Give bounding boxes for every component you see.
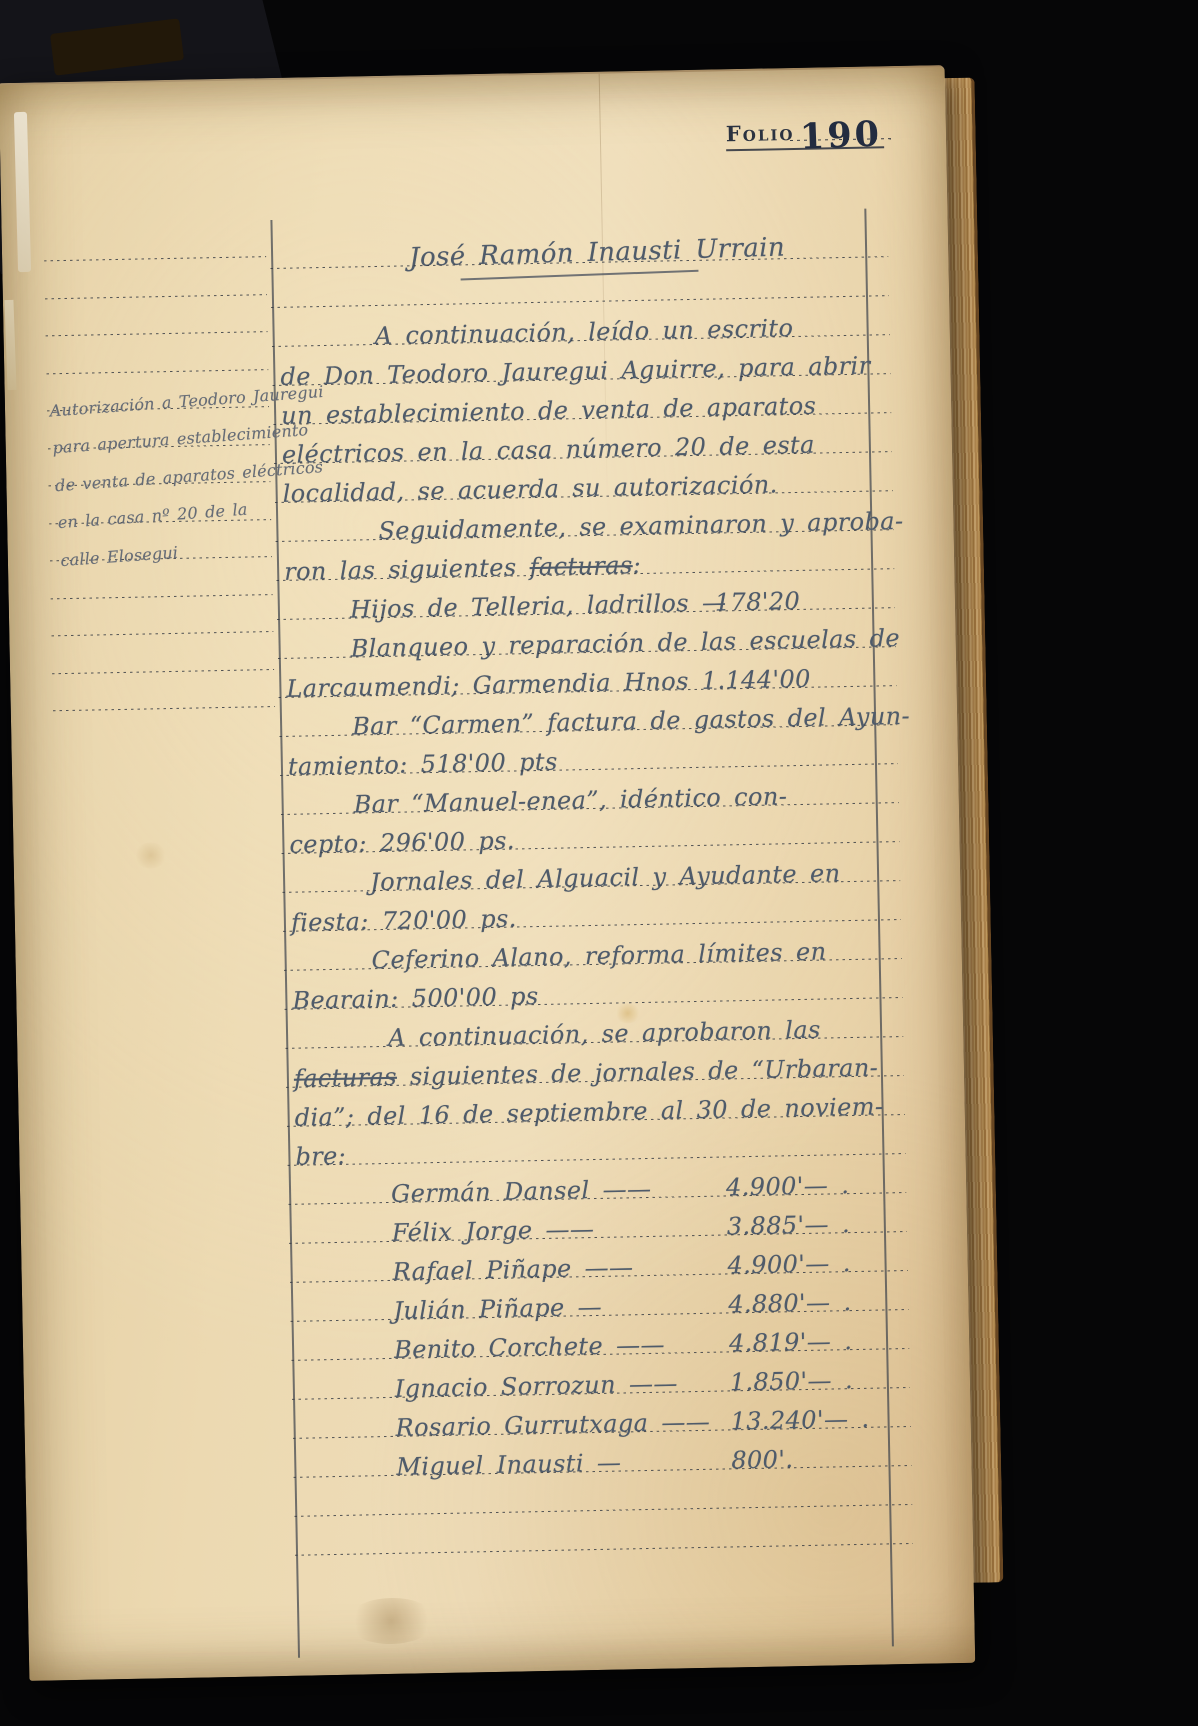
folio-label: Folio <box>726 120 795 146</box>
margin-rule <box>52 669 274 674</box>
margin-rule <box>44 256 266 261</box>
paper-stain <box>133 842 167 869</box>
ledger-page: Folio 190 Autorización a Teodoro Jauregu… <box>0 65 975 1681</box>
margin-note: Autorización a Teodoro Jaureguipara aper… <box>48 366 293 570</box>
margin-rule <box>45 294 267 299</box>
folio-number: 190 <box>799 114 883 158</box>
paper-stain <box>346 1597 437 1645</box>
margin-rule <box>53 706 275 711</box>
margin-rule <box>51 594 273 599</box>
folio-header: Folio 190 <box>725 108 884 151</box>
margin-rule <box>51 631 273 636</box>
photo-of-ledger-page: Folio 190 Autorización a Teodoro Jauregu… <box>0 0 1198 1726</box>
manuscript-lines: José Ramón Inausti UrrainA continuación,… <box>278 219 891 1556</box>
margin-rule <box>46 331 268 336</box>
